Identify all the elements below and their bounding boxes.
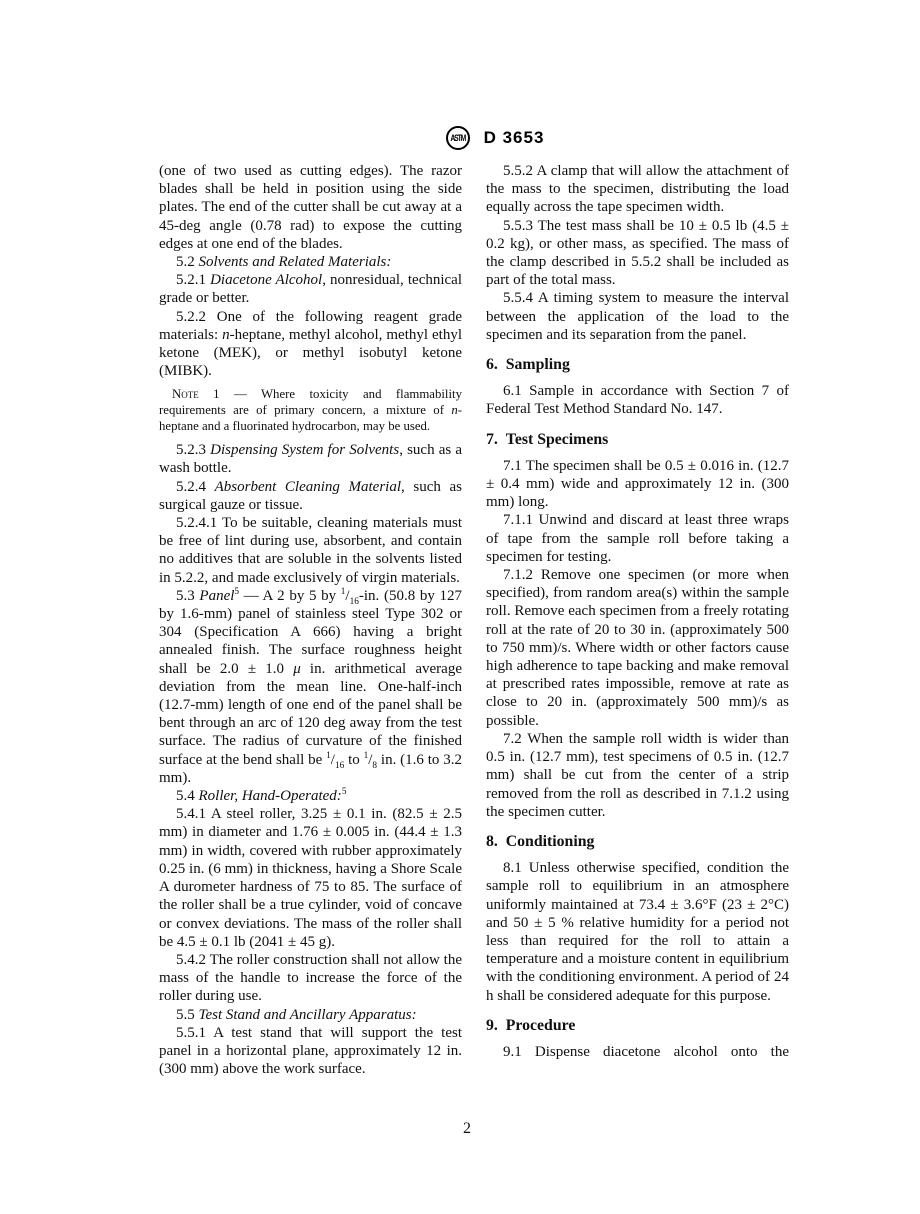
paragraph: 8.1 Unless otherwise specified, conditio… bbox=[486, 859, 789, 1005]
paragraph: 5.4.1 A steel roller, 3.25 ± 0.1 in. (82… bbox=[159, 805, 462, 951]
paragraph: 5.5.3 The test mass shall be 10 ± 0.5 lb… bbox=[486, 217, 789, 290]
paragraph: 5.2.4.1 To be suitable, cleaning materia… bbox=[159, 514, 462, 587]
page-header: ASTM D 3653 bbox=[35, 126, 920, 150]
paragraph: 5.2 Solvents and Related Materials: bbox=[159, 253, 462, 271]
paragraph: 5.2.2 One of the following reagent grade… bbox=[159, 308, 462, 381]
paragraph: 7.1.1 Unwind and discard at least three … bbox=[486, 511, 789, 566]
paragraph: 5.5.2 A clamp that will allow the attach… bbox=[486, 162, 789, 217]
page-number: 2 bbox=[7, 1120, 920, 1138]
paragraph: 5.4 Roller, Hand-Operated:5 bbox=[159, 787, 462, 805]
paragraph: 5.2.1 Diacetone Alcohol, nonresidual, te… bbox=[159, 271, 462, 307]
paragraph: 5.4.2 The roller construction shall not … bbox=[159, 951, 462, 1006]
section-heading: 6. Sampling bbox=[486, 356, 789, 374]
section-heading: 9. Procedure bbox=[486, 1017, 789, 1035]
paragraph: 5.3 Panel5 — A 2 by 5 by 1/16-in. (50.8 … bbox=[159, 587, 462, 787]
paragraph: 5.2.4 Absorbent Cleaning Material, such … bbox=[159, 478, 462, 514]
astm-logo-icon: ASTM bbox=[446, 126, 470, 150]
paragraph: 5.2.3 Dispensing System for Solvents, su… bbox=[159, 441, 462, 477]
paragraph: 5.5 Test Stand and Ancillary Apparatus: bbox=[159, 1006, 462, 1024]
doc-code: D 3653 bbox=[484, 128, 545, 148]
column-left: (one of two used as cutting edges). The … bbox=[159, 162, 462, 1078]
note-paragraph: Note 1 — Where toxicity and flammability… bbox=[159, 387, 462, 434]
paragraph: 9.1 Dispense diacetone alcohol onto the bbox=[486, 1043, 789, 1061]
paragraph: 7.1 The specimen shall be 0.5 ± 0.016 in… bbox=[486, 457, 789, 512]
document-body: (one of two used as cutting edges). The … bbox=[159, 162, 789, 1078]
paragraph: (one of two used as cutting edges). The … bbox=[159, 162, 462, 253]
paragraph: 6.1 Sample in accordance with Section 7 … bbox=[486, 382, 789, 418]
section-heading: 8. Conditioning bbox=[486, 833, 789, 851]
paragraph: 7.2 When the sample roll width is wider … bbox=[486, 730, 789, 821]
paragraph: 5.5.1 A test stand that will support the… bbox=[159, 1024, 462, 1079]
paragraph: 7.1.2 Remove one specimen (or more when … bbox=[486, 566, 789, 730]
column-right: 5.5.2 A clamp that will allow the attach… bbox=[486, 162, 789, 1078]
section-heading: 7. Test Specimens bbox=[486, 431, 789, 449]
paragraph: 5.5.4 A timing system to measure the int… bbox=[486, 289, 789, 344]
